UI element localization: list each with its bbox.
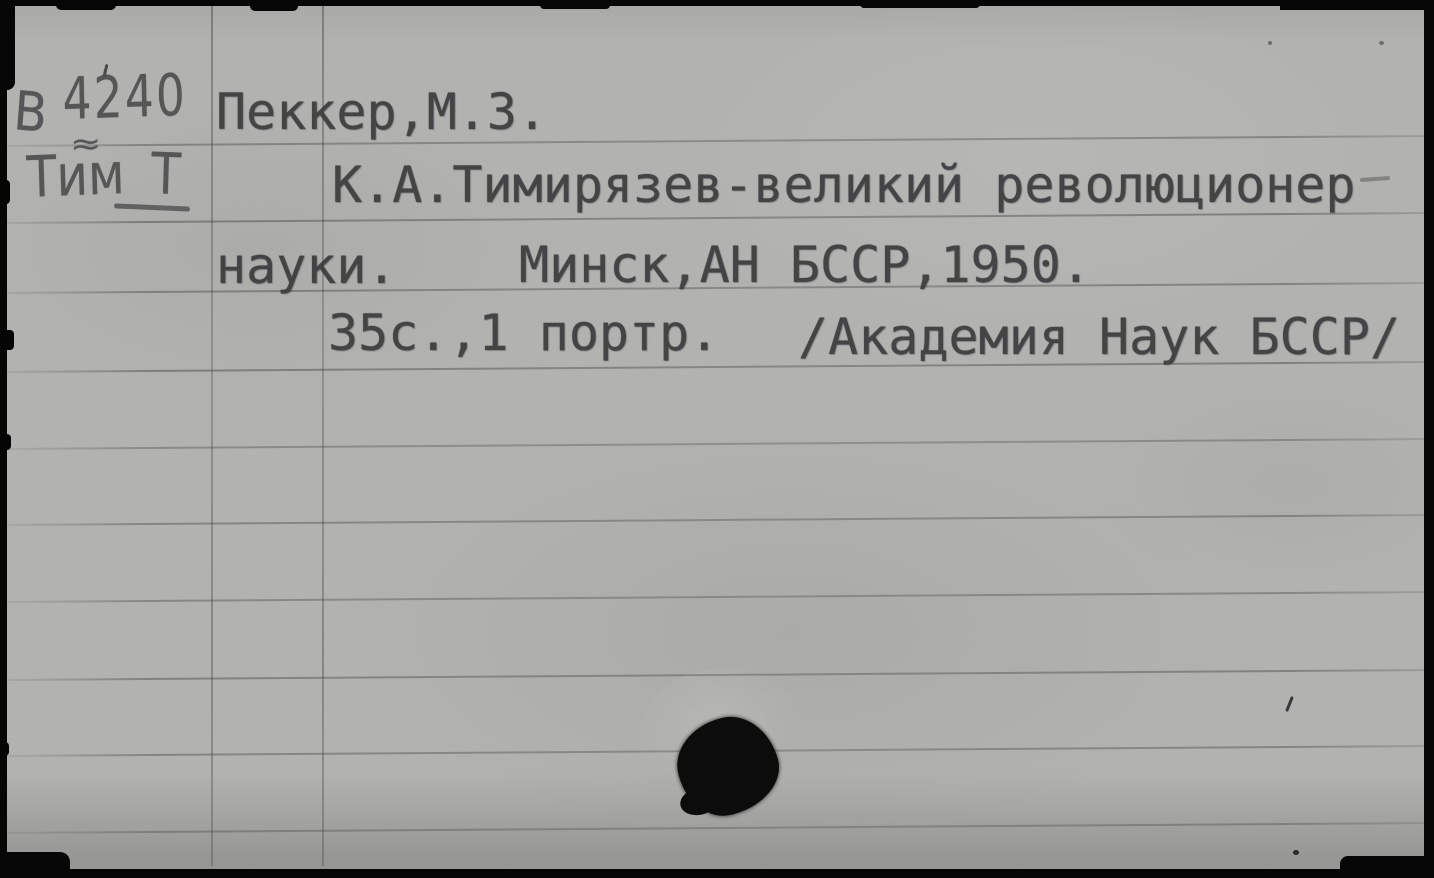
shelf-mark-word-handwritten: Тим bbox=[26, 146, 125, 207]
ruled-line bbox=[4, 438, 1428, 450]
ink-speck bbox=[1268, 41, 1272, 45]
ruled-line bbox=[7, 822, 1431, 834]
imprint: Минск,АН БССР,1950. bbox=[519, 240, 1091, 290]
scan-edge-nub bbox=[0, 330, 14, 350]
scan-edge-top-bump bbox=[860, 0, 980, 8]
shelf-mark-letter-handwritten: Т bbox=[150, 146, 181, 204]
scan-edge-top-bump bbox=[540, 0, 610, 9]
title-hyphen-faint bbox=[1360, 176, 1390, 182]
author-heading: Пеккер,М.З. bbox=[216, 87, 547, 137]
collation: 35с.,1 портр. bbox=[328, 308, 719, 358]
ruled-line bbox=[5, 514, 1429, 526]
scan-corner-top-left bbox=[0, 0, 15, 90]
stray-pen-mark bbox=[1285, 696, 1294, 712]
catalog-card-scan: В 4240 ≈ Тим Т Пеккер,М.З. К.А.Тимирязев… bbox=[0, 0, 1434, 878]
scan-edge-top-bump bbox=[56, 0, 116, 10]
scan-edge-bottom bbox=[0, 869, 1434, 878]
ruled-line bbox=[5, 591, 1429, 603]
scan-edge-nub bbox=[0, 434, 11, 450]
scan-edge-top-bump bbox=[1280, 0, 1434, 10]
title-line-2: науки. bbox=[216, 241, 397, 291]
scan-edge-nub bbox=[0, 180, 10, 204]
call-number-prefix-handwritten: В bbox=[12, 84, 49, 141]
scan-edge-top-bump bbox=[250, 0, 298, 11]
vertical-rule-left bbox=[211, 6, 213, 866]
scan-edge-top bbox=[0, 0, 1434, 6]
scan-edge-nub bbox=[0, 742, 9, 756]
title-line-1: К.А.Тимирязев-великий революционер bbox=[332, 160, 1356, 210]
scan-corner-bottom-left bbox=[0, 852, 70, 878]
call-number-digits-handwritten: 4240 bbox=[62, 66, 188, 128]
series-statement: /Академия Наук БССР/ bbox=[798, 312, 1400, 362]
ink-speck bbox=[1379, 41, 1384, 45]
ink-speck bbox=[1293, 850, 1299, 855]
scan-edge-right bbox=[1424, 0, 1434, 878]
scan-corner-bottom-right bbox=[1340, 856, 1434, 878]
ink-speck bbox=[1021, 338, 1025, 342]
